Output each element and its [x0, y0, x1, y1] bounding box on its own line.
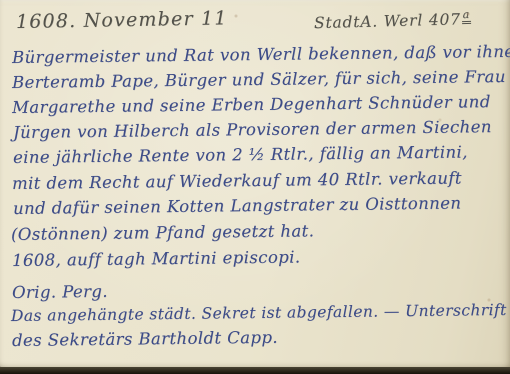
- scanned-document: 1608. November 11 StadtA. Werl 407a Bürg…: [0, 0, 510, 374]
- handwritten-line: Jürgen von Hilberch als Provisoren der a…: [13, 117, 492, 142]
- handwritten-line: Margarethe und seine Erben Degenhart Sch…: [12, 92, 491, 117]
- handwritten-line: mit dem Recht auf Wiederkauf um 40 Rtlr.…: [12, 169, 462, 193]
- archive-reference: StadtA. Werl 407a: [314, 8, 472, 32]
- handwritten-line: Bürgermeister und Rat von Werll bekennen…: [12, 42, 510, 67]
- date-heading: 1608. November 11: [16, 7, 228, 33]
- archive-reference-superscript: a: [461, 8, 471, 24]
- archive-reference-text: StadtA. Werl 407: [314, 10, 461, 32]
- handwritten-line: und dafür seinen Kotten Langstrater zu O…: [13, 194, 462, 218]
- index-card: 1608. November 11 StadtA. Werl 407a Bürg…: [0, 0, 510, 369]
- dating-line: 1608, auff tagh Martini episcopi.: [12, 247, 301, 270]
- scan-edge-shadow: [0, 367, 510, 374]
- scribe-signature-note: des Sekretärs Bartholdt Capp.: [12, 328, 278, 350]
- handwritten-line: (Ostönnen) zum Pfand gesetzt hat.: [11, 221, 315, 244]
- seal-note-line: Das angehängte städt. Sekret ist abgefal…: [11, 301, 507, 325]
- material-note: Orig. Perg.: [12, 282, 108, 302]
- handwritten-line: Berteramb Pape, Bürger und Sälzer, für s…: [12, 67, 506, 92]
- handwritten-line: eine jährliche Rente von 2 ½ Rtlr., fäll…: [13, 142, 468, 167]
